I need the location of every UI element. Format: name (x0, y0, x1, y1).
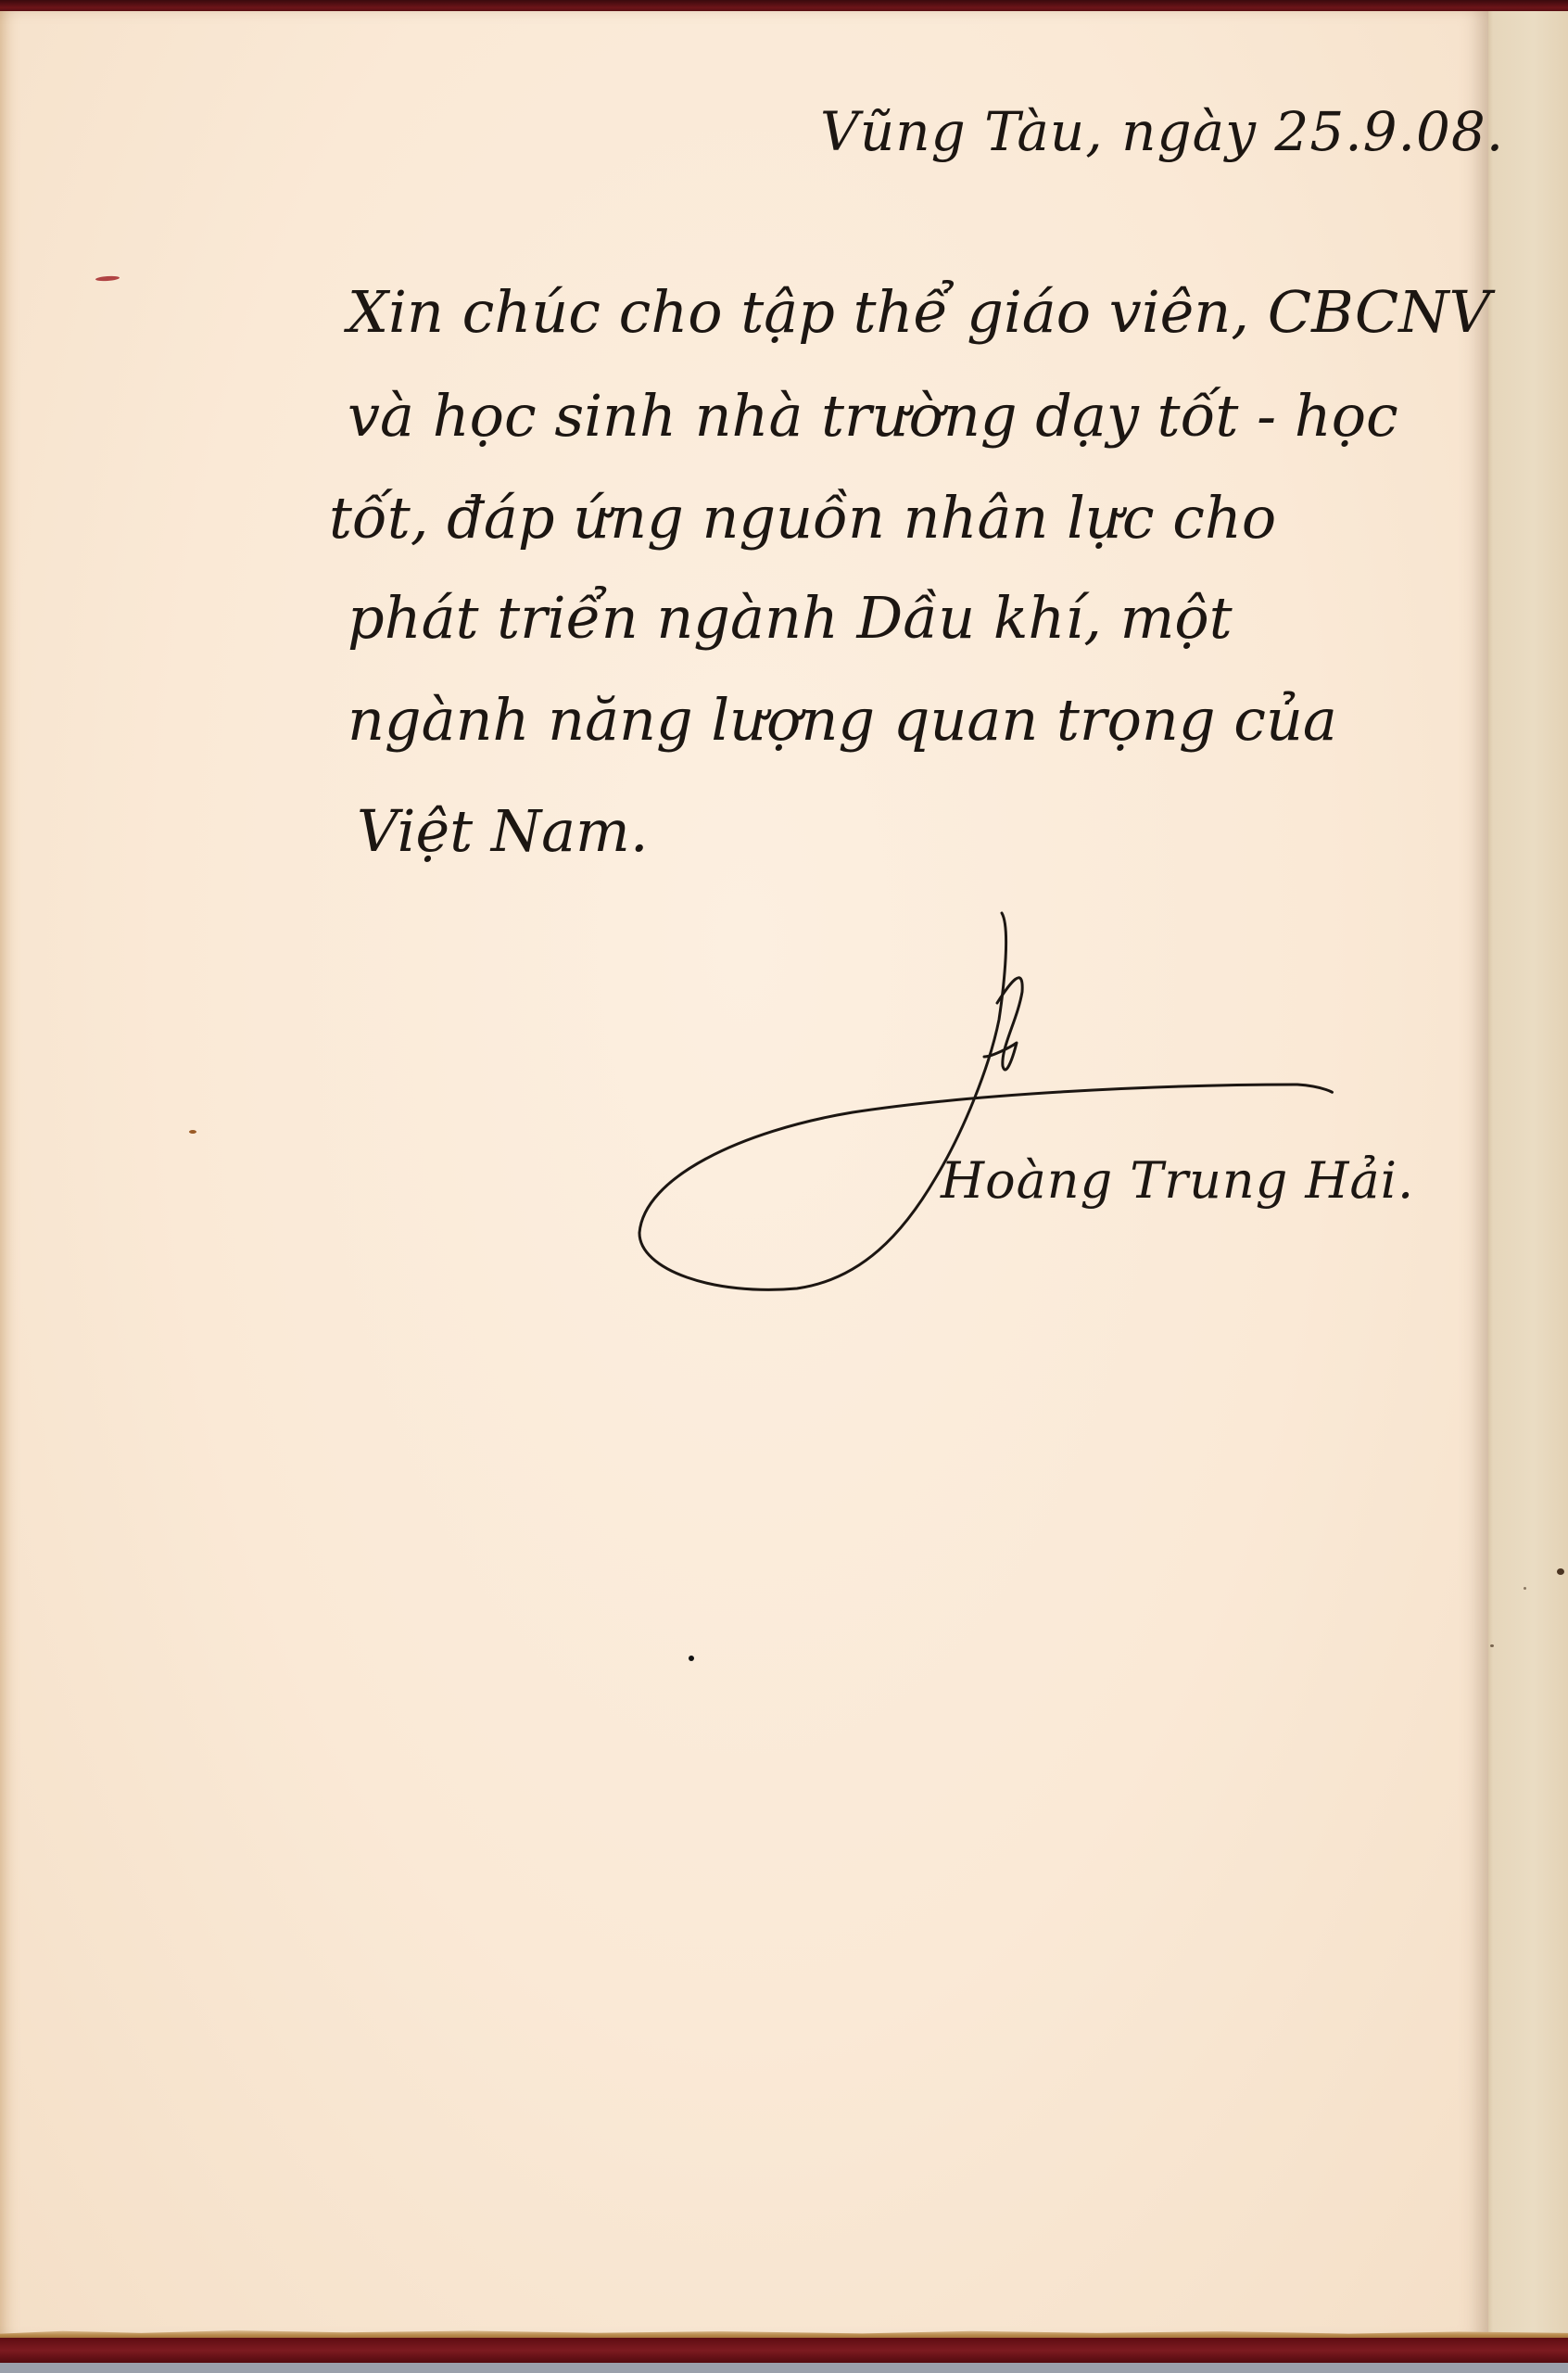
handwriting-layer: Vũng Tàu, ngày 25.9.08. Xin chúc cho tập… (0, 0, 1568, 2373)
signer-name: Hoàng Trung Hải. (941, 1151, 1414, 1210)
